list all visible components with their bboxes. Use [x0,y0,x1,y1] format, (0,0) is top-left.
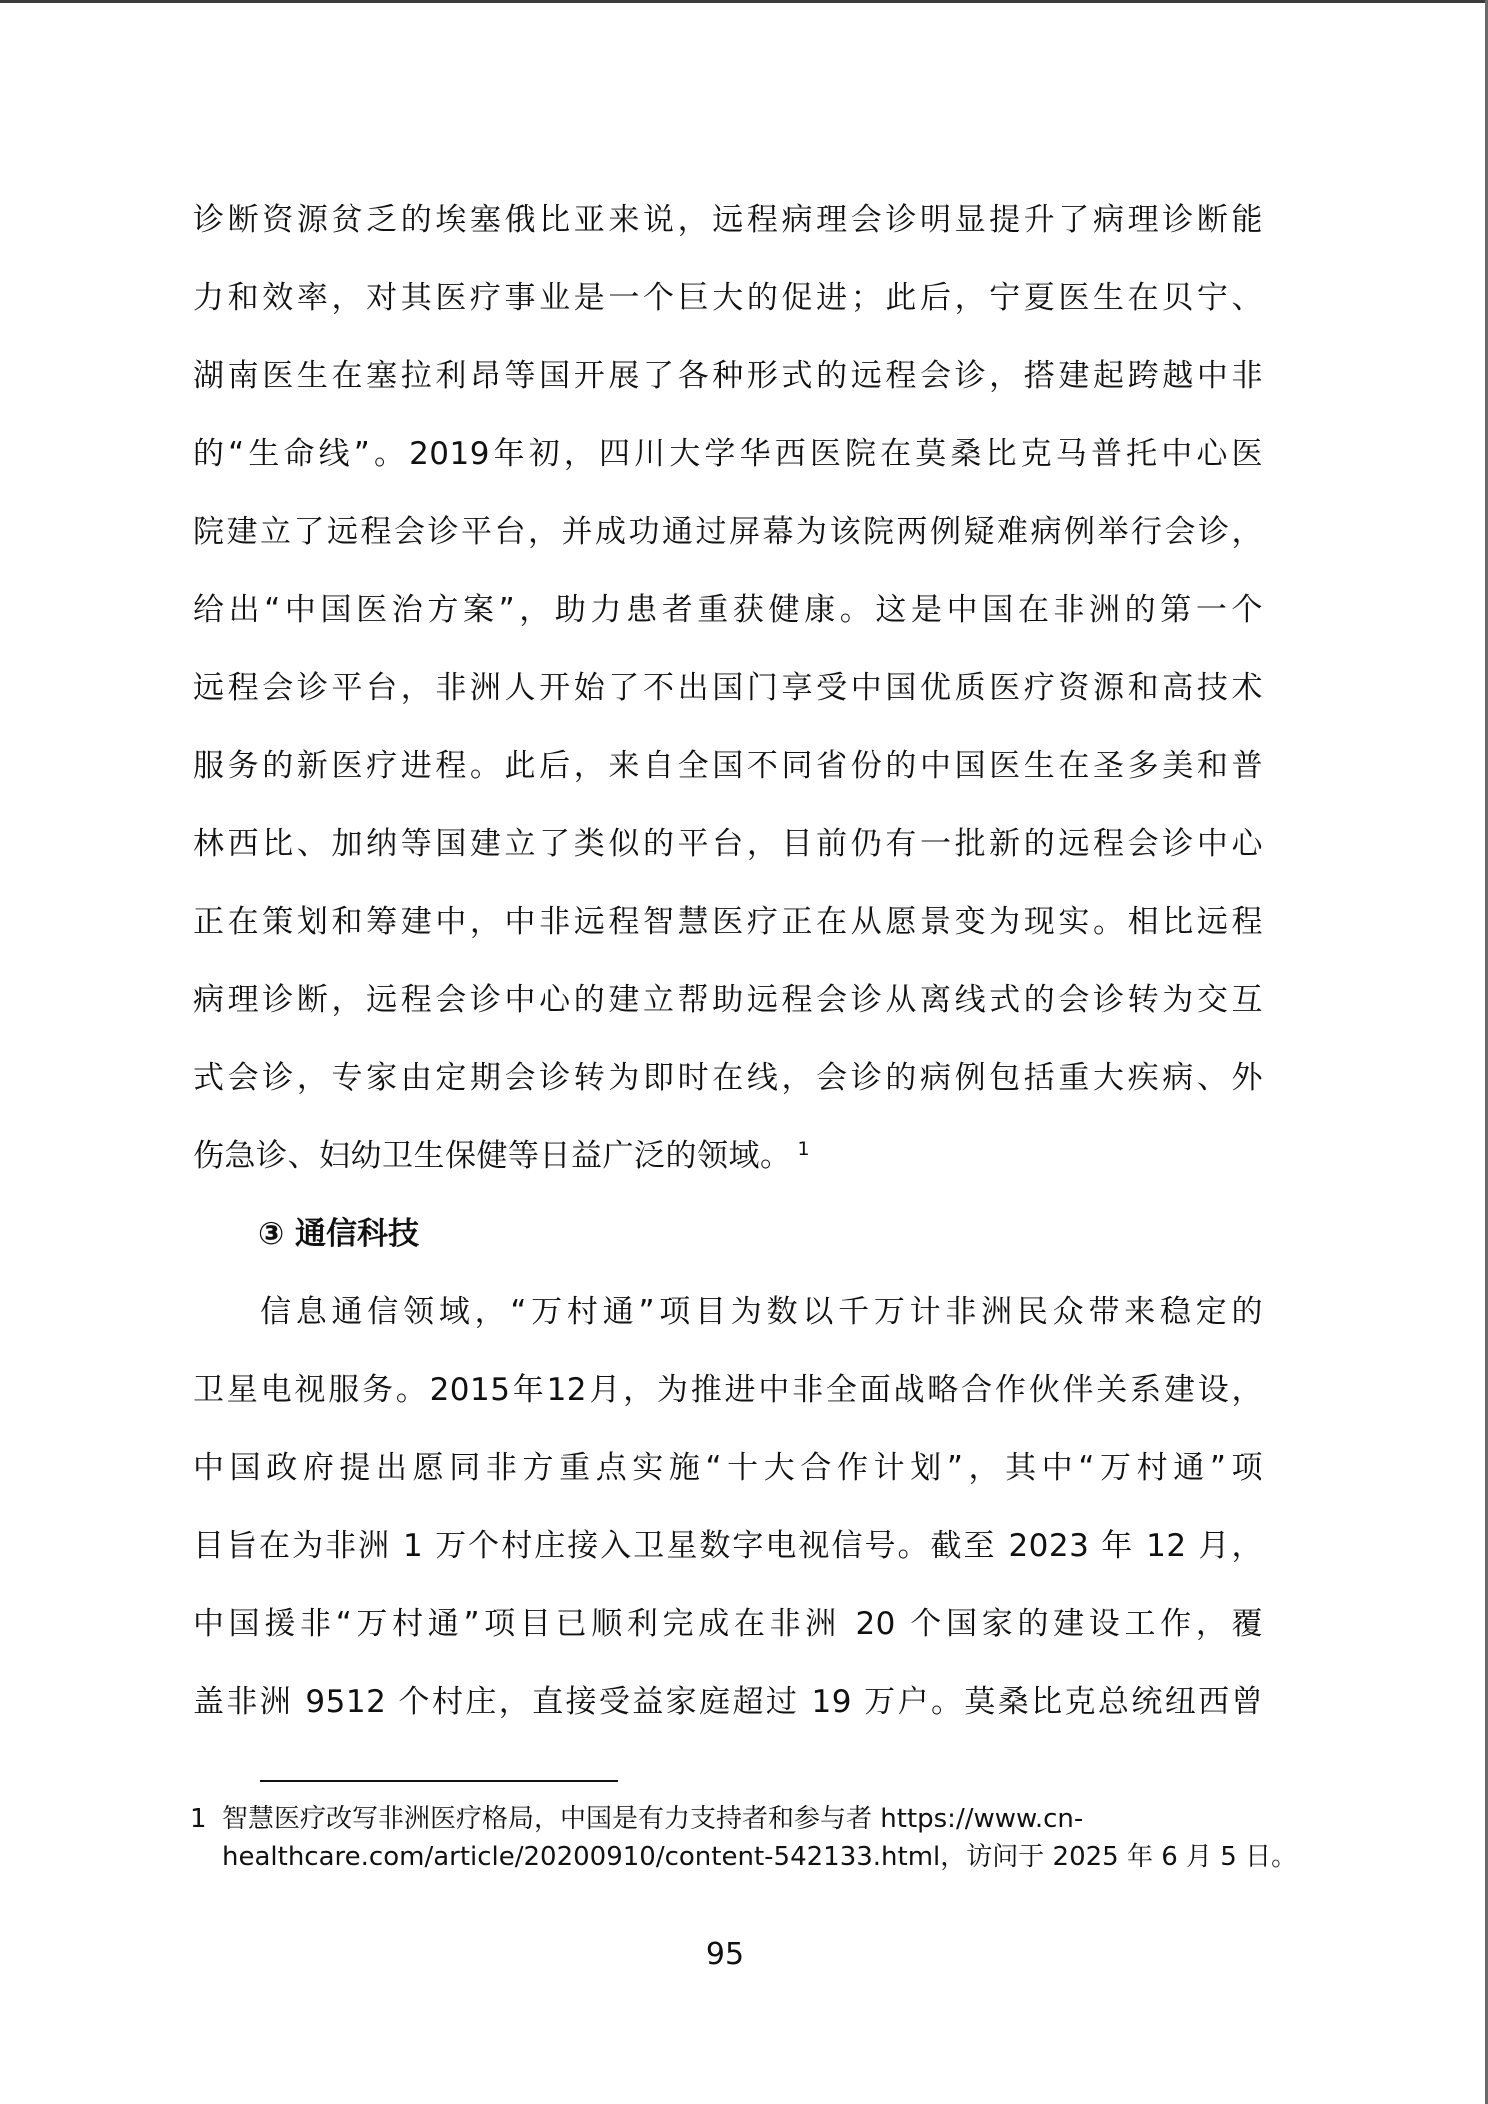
body-line: 病理诊断，远程会诊中心的建立帮助远程会诊从离线式的会诊转为交互 [193,980,1263,1020]
section-heading: ③ 通信科技 [258,1214,419,1254]
footnote-text-line-2[interactable]: healthcare.com/article/20200910/content-… [222,1842,1297,1872]
footnote-reference[interactable]: 1 [798,1138,811,1160]
body-line: 中国政府提出愿同非方重点实施“十大合作计划”，其中“万村通”项 [193,1448,1263,1488]
body-line: 中国援非“万村通”项目已顺利完成在非洲 20 个国家的建设工作，覆 [193,1604,1263,1644]
body-line: 服务的新医疗进程。此后，来自全国不同省份的中国医生在圣多美和普 [193,746,1263,786]
body-line: 目旨在为非洲 1 万个村庄接入卫星数字电视信号。截至 2023 年 12 月， [193,1526,1263,1566]
body-line: 诊断资源贫乏的埃塞俄比亚来说，远程病理会诊明显提升了病理诊断能 [193,200,1263,240]
body-line-last: 伤急诊、妇幼卫生保健等日益广泛的领域。1 [193,1136,1263,1176]
body-line: 卫星电视服务。2015年12月，为推进中非全面战略合作伙伴关系建设， [193,1370,1263,1410]
footnote-number: 1 [190,1800,222,1838]
footnote-text-line-1[interactable]: 智慧医疗改写非洲医疗格局，中国是有力支持者和参与者 https://www.cn… [222,1804,1083,1834]
body-line-indented: 信息通信领域，“万村通”项目为数以千万计非洲民众带来稳定的 [260,1292,1263,1332]
body-line: 远程会诊平台，非洲人开始了不出国门享受中国优质医疗资源和高技术 [193,668,1263,708]
body-line-text: 伤急诊、妇幼卫生保健等日益广泛的领域。 [193,1138,792,1174]
body-line: 给出“中国医治方案”，助力患者重获健康。这是中国在非洲的第一个 [193,590,1263,630]
body-line: 力和效率，对其医疗事业是一个巨大的促进；此后，宁夏医生在贝宁、 [193,278,1263,318]
body-line: 盖非洲 9512 个村庄，直接受益家庭超过 19 万户。莫桑比克总统纽西曾 [193,1682,1263,1722]
page-border-top [0,0,1488,3]
footnote-continuation: healthcare.com/article/20200910/content-… [190,1838,1322,1876]
body-line: 正在策划和筹建中，中非远程智慧医疗正在从愿景变为现实。相比远程 [193,902,1263,942]
body-line: 湖南医生在塞拉利昂等国开展了各种形式的远程会诊，搭建起跨越中非 [193,356,1263,396]
body-line: 式会诊，专家由定期会诊转为即时在线，会诊的病例包括重大疾病、外 [193,1058,1263,1098]
footnote-separator [260,1780,618,1782]
body-line: 林西比、加纳等国建立了类似的平台，目前仍有一批新的远程会诊中心 [193,824,1263,864]
body-line: 院建立了远程会诊平台，并成功通过屏幕为该院两例疑难病例举行会诊， [193,512,1263,552]
page-number: 95 [0,1935,1450,1975]
body-line: 的“生命线”。2019年初，四川大学华西医院在莫桑比克马普托中心医 [193,434,1263,474]
footnote: 1智慧医疗改写非洲医疗格局，中国是有力支持者和参与者 https://www.c… [190,1800,1290,1838]
